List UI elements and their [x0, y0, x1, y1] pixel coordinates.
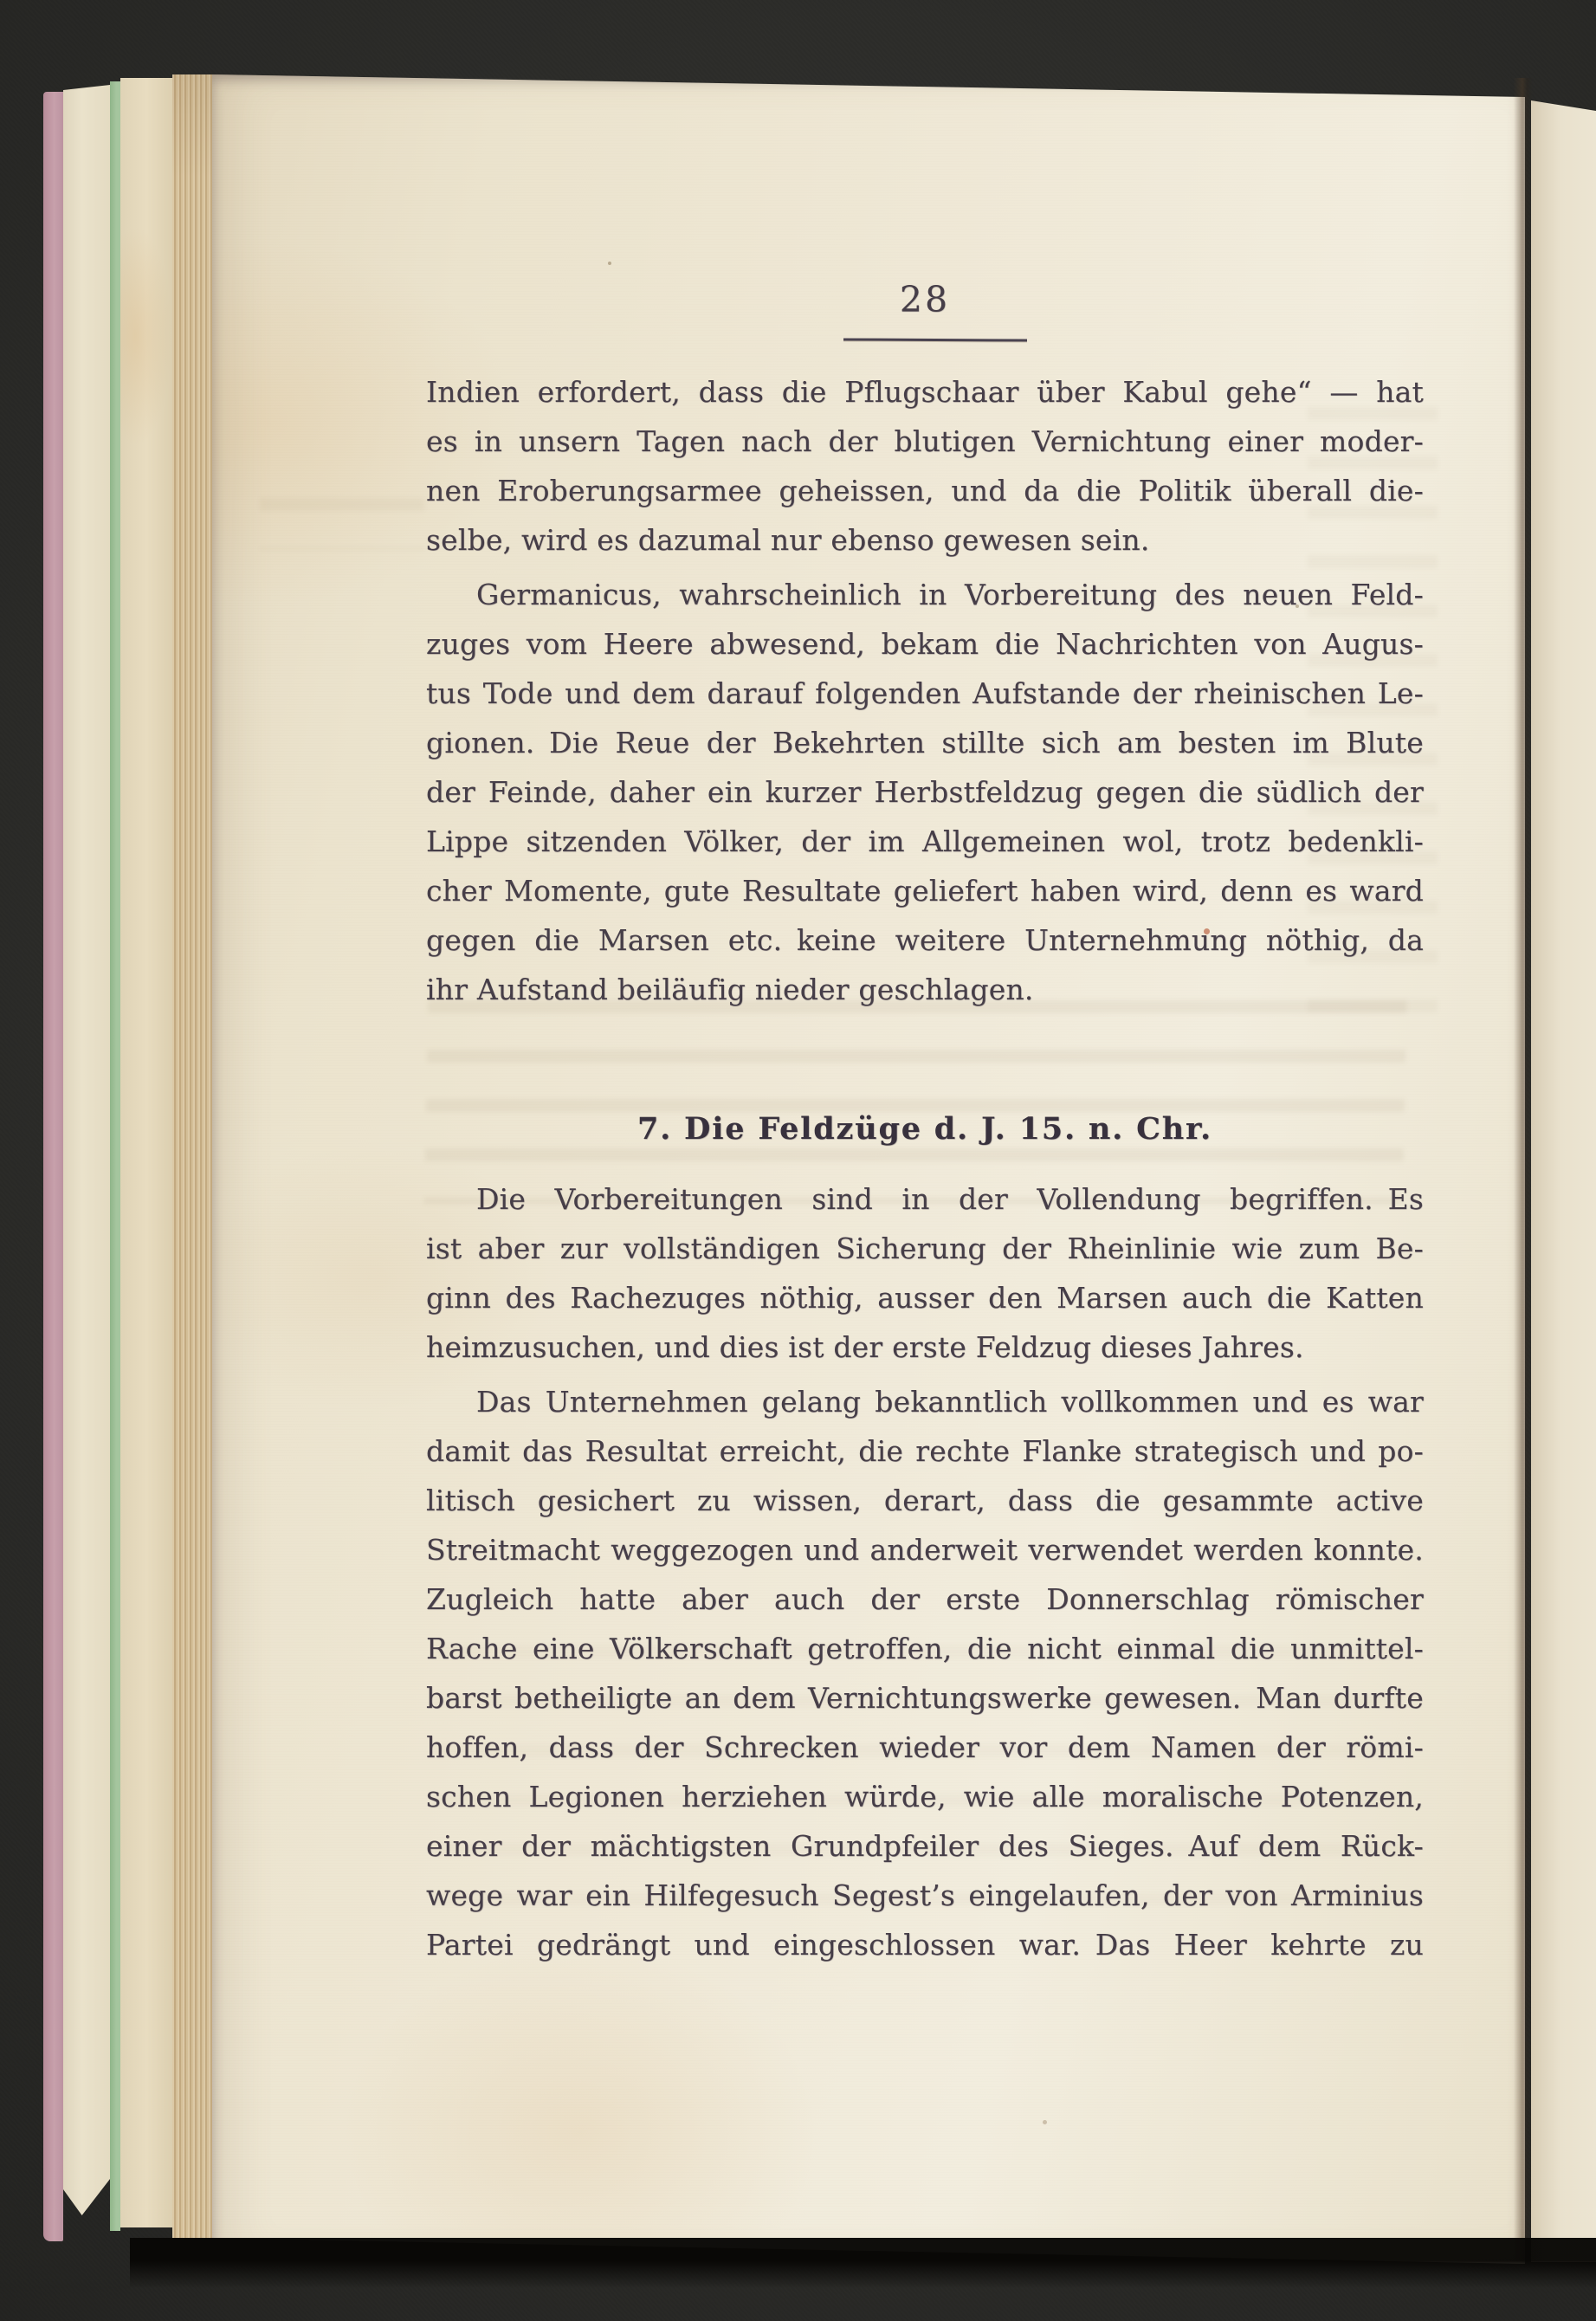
text-line: ist aber zur vollständigen Sicherung der…: [426, 1224, 1424, 1273]
text-line: cher Momente, gute Resultate geliefert h…: [426, 866, 1424, 915]
section-heading: 7. Die Feldzüge d. J. 15. n. Chr.: [426, 1104, 1424, 1154]
endpaper-edge-pink: [43, 92, 63, 2241]
text-line: Das Unternehmen gelang bekanntlich vollk…: [426, 1377, 1424, 1426]
text-line: Partei gedrängt und eingeschlossen war. …: [426, 1920, 1424, 1969]
text-line: Indien erfordert, dass die Pflugschaar ü…: [426, 367, 1424, 417]
page-block-ribbed-edge: [172, 74, 212, 2238]
text-line: Die Vorbereitungen sind in der Vollendun…: [426, 1174, 1424, 1224]
page-edge-cream: [63, 85, 110, 2215]
text-line: schen Legionen herziehen würde, wie alle…: [426, 1772, 1424, 1821]
text-line: selbe, wird es dazumal nur ebenso gewese…: [426, 515, 1424, 565]
paragraph-1: Indien erfordert, dass die Pflugschaar ü…: [426, 367, 1424, 565]
text-line: Rache eine Völkerschaft getroffen, die n…: [426, 1624, 1424, 1673]
text-line: Streitmacht weggezogen und anderweit ver…: [426, 1525, 1424, 1574]
paragraph-2: Germanicus, wahrscheinlich in Vorbereitu…: [426, 570, 1424, 1014]
paragraph-3: Die Vorbereitungen sind in der Vollendun…: [426, 1174, 1424, 1372]
text-line: einer der mächtigsten Grundpfeiler des S…: [426, 1821, 1424, 1871]
text-line: hoffen, dass der Schrecken wieder vor de…: [426, 1723, 1424, 1772]
paragraph-4: Das Unternehmen gelang bekanntlich vollk…: [426, 1377, 1424, 1969]
text-line: barst betheiligte an dem Vernichtungswer…: [426, 1673, 1424, 1723]
text-line: ihr Aufstand beiläufig nieder geschlagen…: [426, 965, 1424, 1014]
text-line: zuges vom Heere abwesend, bekam die Nach…: [426, 619, 1424, 669]
page-edge-green: [110, 81, 120, 2231]
text-line: gionen. Die Reue der Bekehrten stillte s…: [426, 718, 1424, 767]
text-line: wege war ein Hilfegesuch Segest’s eingel…: [426, 1871, 1424, 1920]
text-line: der Feinde, daher ein kurzer Herbstfeldz…: [426, 767, 1424, 817]
text-line: heimzusuchen, und dies ist der erste Fel…: [426, 1322, 1424, 1372]
gutter-crease: [1514, 78, 1533, 2260]
page-number: 28: [426, 279, 1424, 320]
foxing-speck: [608, 262, 611, 265]
photo-background: 28 Indien erfordert, dass die Pflugschaa…: [0, 0, 1596, 2321]
text-line: es in unsern Tagen nach der blutigen Ver…: [426, 417, 1424, 466]
foxing-speck: [1043, 2120, 1047, 2124]
text-line: Germanicus, wahrscheinlich in Vorbereitu…: [426, 570, 1424, 619]
text-line: tus Tode und dem darauf folgenden Aufsta…: [426, 669, 1424, 718]
text-line: damit das Resultat erreicht, die rechte …: [426, 1426, 1424, 1476]
book-shadow: [130, 2238, 1596, 2288]
adjacent-page-edge: [1531, 80, 1596, 2262]
text-line: Lippe sitzenden Völker, der im Allgemein…: [426, 817, 1424, 866]
text-column: Indien erfordert, dass die Pflugschaar ü…: [426, 367, 1424, 1969]
text-line: nen Eroberungsarmee geheissen, und da di…: [426, 466, 1424, 515]
page-edge-cream-2: [120, 78, 172, 2227]
verso-show-through: [260, 498, 424, 550]
text-line: Zugleich hatte aber auch der erste Donne…: [426, 1574, 1424, 1624]
text-line: gegen die Marsen etc. keine weitere Unte…: [426, 915, 1424, 965]
text-line: ginn des Rachezuges nöthig, ausser den M…: [426, 1273, 1424, 1322]
text-line: litisch gesichert zu wissen, derart, das…: [426, 1476, 1424, 1525]
